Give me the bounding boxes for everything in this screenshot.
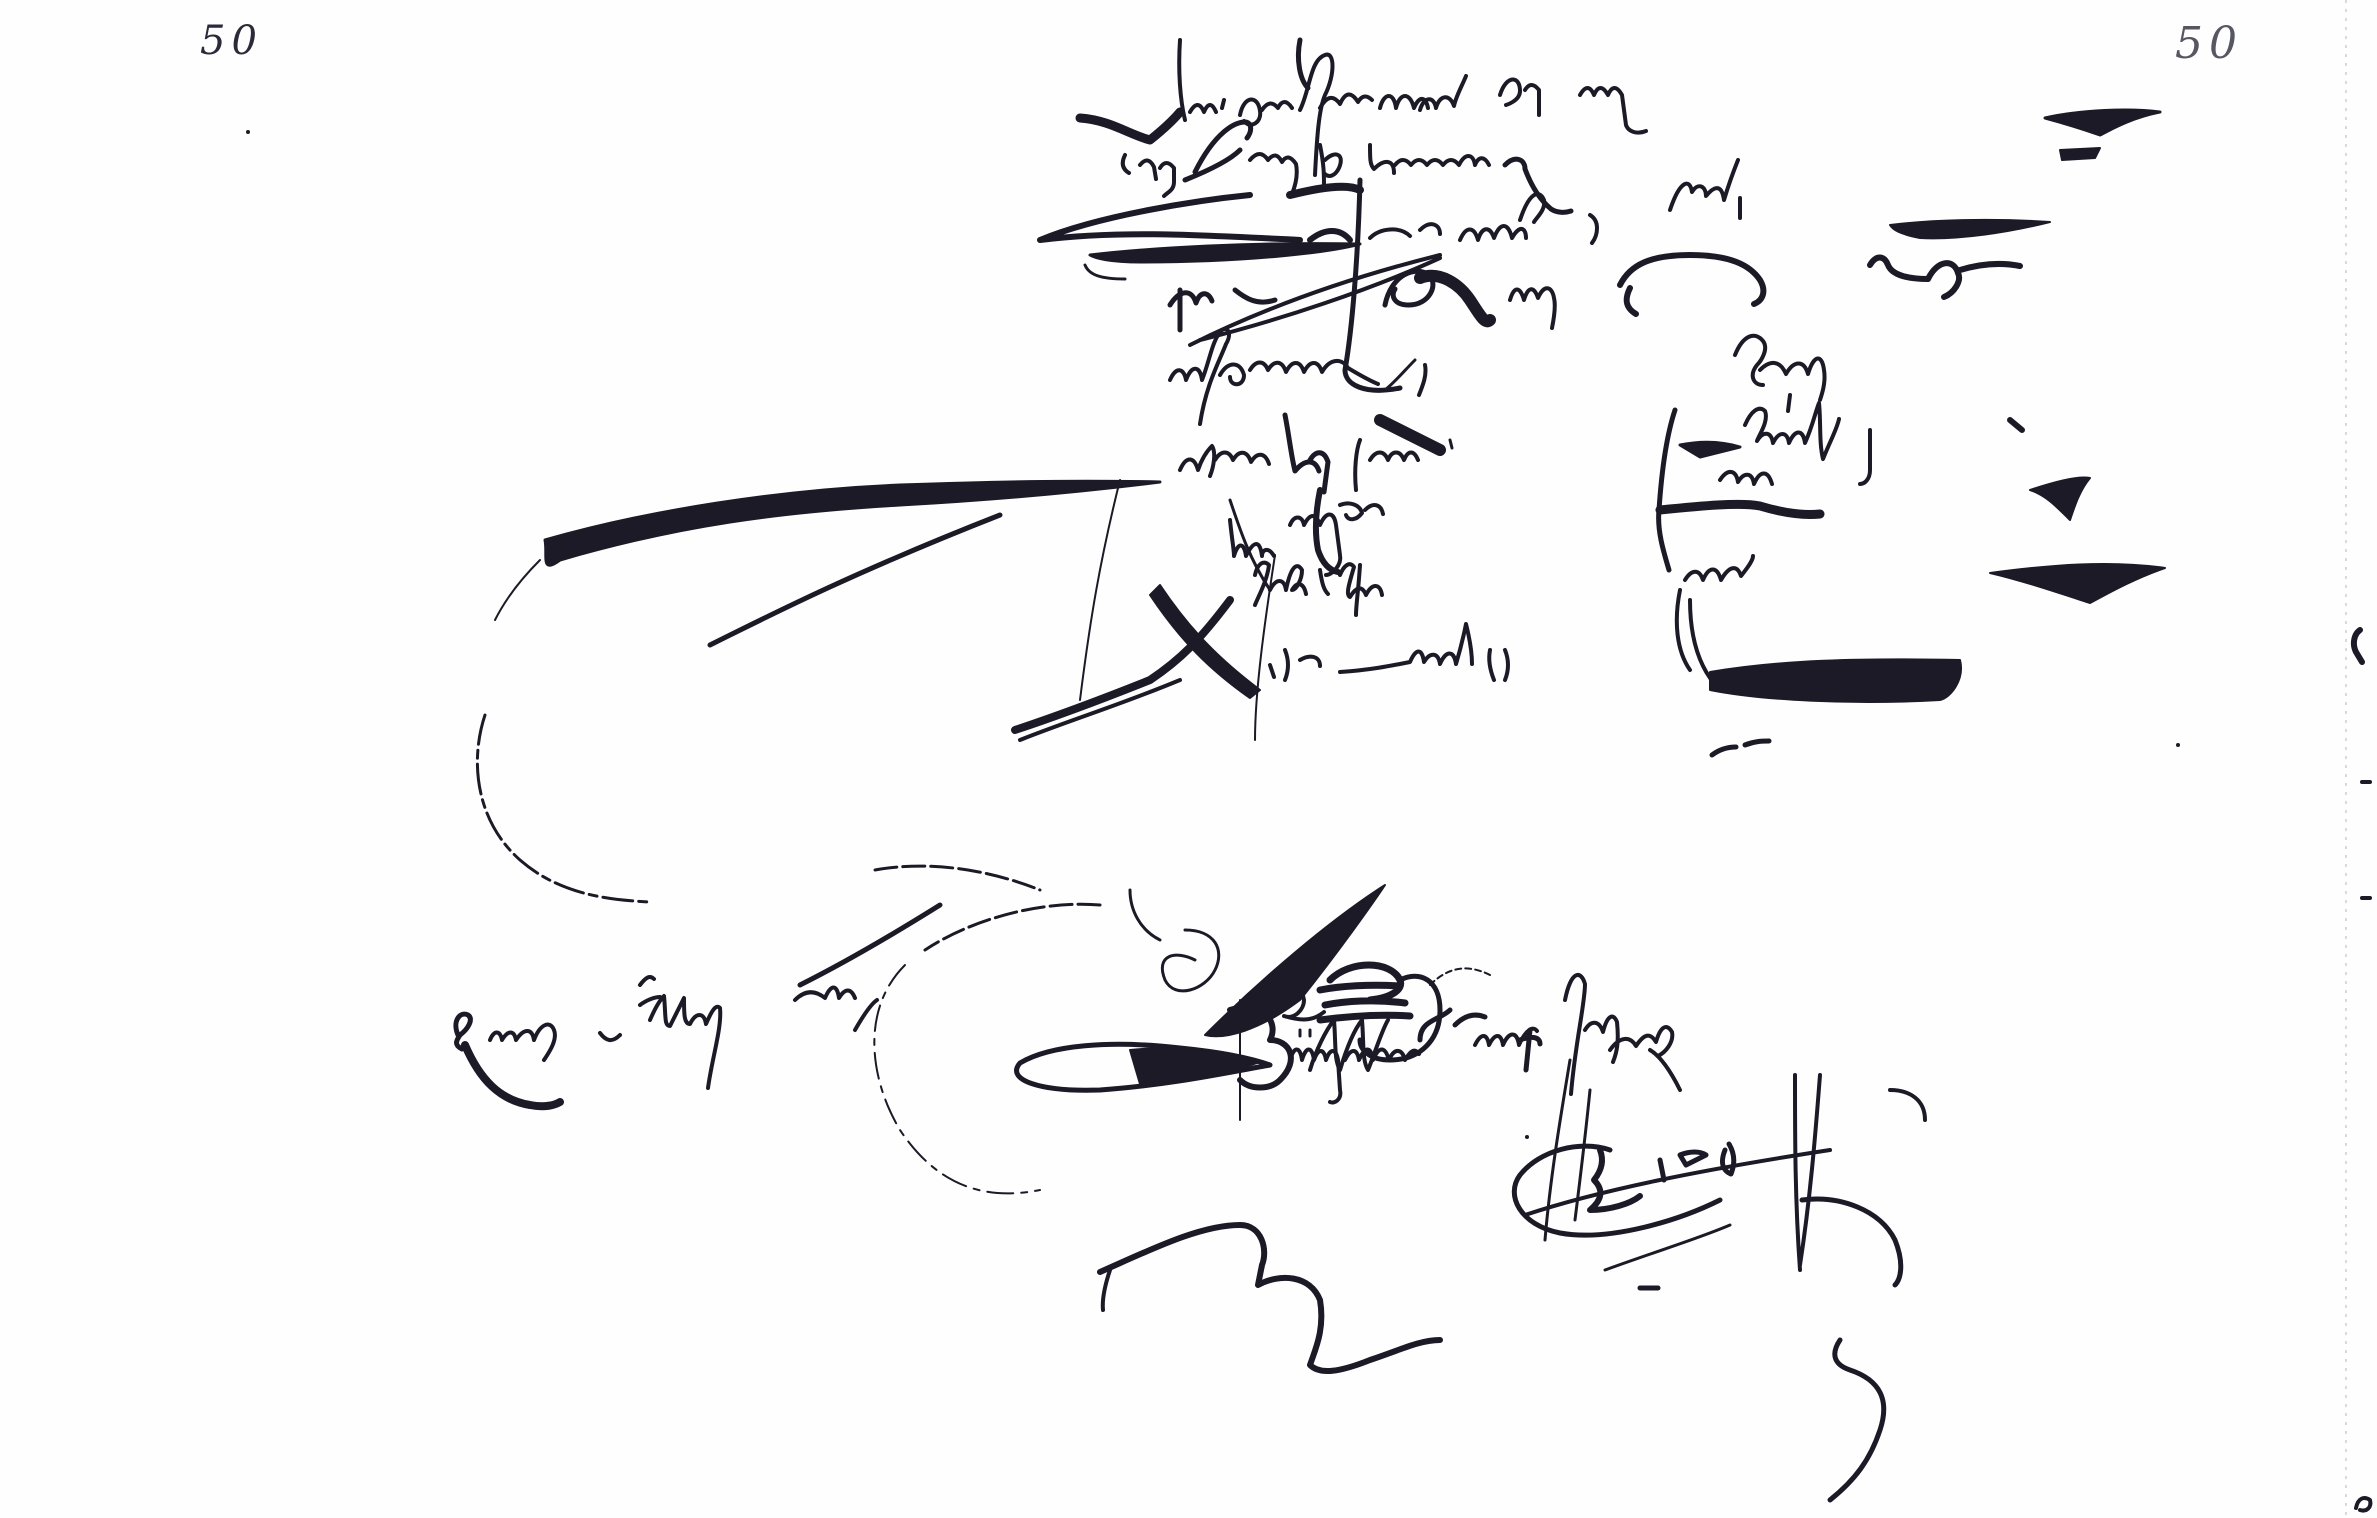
- flourish-oval-left: [477, 715, 650, 902]
- attestation-strokes: [456, 905, 940, 1106]
- signature-strokes: [1017, 885, 1680, 1240]
- line-filler-8: [1990, 564, 2165, 603]
- text-line-2-strokes: [1123, 122, 1571, 212]
- line-filler-1: [2045, 110, 2160, 135]
- text-line-1-strokes: [1080, 40, 1646, 175]
- line-filler-2: [2060, 148, 2100, 160]
- text-line-8-strokes: [1255, 555, 2165, 740]
- line-filler-3: [1890, 220, 2050, 238]
- text-line-5-strokes: [1170, 329, 1825, 424]
- text-line-3-strokes: [1040, 160, 1740, 390]
- edge-mark-1: [2354, 630, 2362, 662]
- flourish-wave-bottom: [1100, 1225, 1440, 1371]
- text-line-9-strokes: [1015, 585, 1961, 740]
- text-line-4-strokes: [1170, 255, 2020, 345]
- flourish-sweep-large: [545, 481, 1160, 565]
- flourish-oval-right: [874, 965, 1040, 1193]
- line-filler-9: [1710, 659, 1961, 702]
- flourish-diagonal: [710, 515, 1000, 645]
- text-line-6-strokes: [1180, 403, 2022, 570]
- manuscript-page: 50 50 vnde besegheldt by my Jan Pieters …: [0, 0, 2377, 1518]
- handwriting-ink: [0, 0, 2377, 1518]
- paraph-strokes: [1514, 1075, 1925, 1500]
- edge-mark-bottom: [2356, 1498, 2370, 1510]
